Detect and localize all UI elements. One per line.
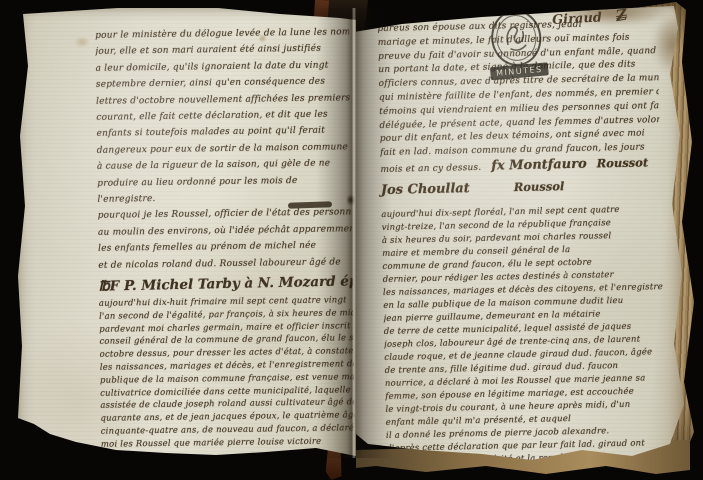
left-paragraph-1: pour le ministère du délogue levée de la… xyxy=(95,24,352,274)
stamp-cipher-scribble xyxy=(497,16,536,60)
left-page: pour le ministère du délogue levée de la… xyxy=(16,6,356,472)
paper-stain xyxy=(74,36,90,48)
right-page-text: pareus son épouse aux dits registres, je… xyxy=(377,17,666,469)
manuscript-line: moi les Roussel que mariée pierre louise… xyxy=(101,435,355,451)
scanned-register-spread: pour le ministère du délogue levée de la… xyxy=(0,0,703,480)
left-page-text: pour le ministère du délogue levée de la… xyxy=(95,24,355,451)
left-paragraph-2: aujourd'hui dix-huit frimaire mil sept c… xyxy=(99,294,355,451)
signature-montfauro: fx Montfauro xyxy=(491,157,587,174)
signature-row-2: Jos Choullat Roussol xyxy=(381,177,661,203)
right-page: Giraud Z pareus son épouse aux dits regi… xyxy=(352,4,688,476)
signature-roussot: Roussot xyxy=(597,155,649,170)
signature-choullat: Jos Choullat xyxy=(381,181,470,198)
right-paragraph-2: aujourd'hui dix-sept floréal, l'an mil s… xyxy=(381,203,666,469)
signature-roussol: Roussol xyxy=(514,179,565,194)
minutes-ink-stamp: MINUTES xyxy=(484,7,548,81)
stamp-oval-emblem xyxy=(488,7,544,69)
closing-line: mois et an cy dessus. xyxy=(380,163,481,175)
